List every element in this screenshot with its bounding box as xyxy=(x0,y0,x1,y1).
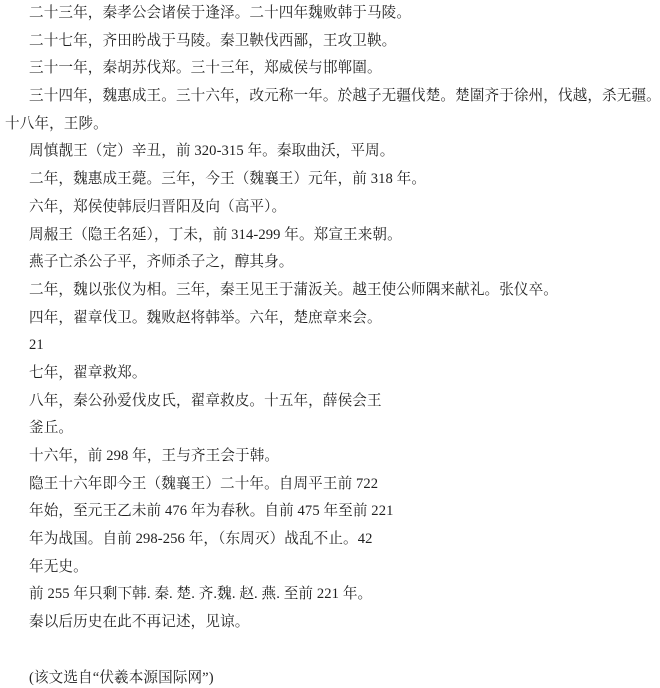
text-line: 十六年，前 298 年，王与齐王会于韩。 xyxy=(5,443,660,471)
text-body: 二十三年，秦孝公会诸侯于逢泽。二十四年魏败韩于马陵。二十七年，齐田盻战于马陵。秦… xyxy=(5,0,660,688)
text-line: (该文选自“伏羲本源国际网”) xyxy=(5,665,660,688)
text-line: 二年，魏以张仪为相。三年，秦王见王于蒲汳关。越王使公师隅来献礼。张仪卒。 xyxy=(5,277,660,305)
text-line: 秦以后历史在此不再记述，见谅。 xyxy=(5,609,660,637)
text-line: 四年，翟章伐卫。魏败赵将韩举。六年，楚庶章来会。 xyxy=(5,305,660,333)
text-line: 前 255 年只剩下韩. 秦. 楚. 齐.魏. 赵. 燕. 至前 221 年。 xyxy=(5,581,660,609)
text-line: 六年，郑侯使韩辰归晋阳及向（高平）。 xyxy=(5,194,660,222)
text-line: 21 xyxy=(5,332,660,360)
text-line: 年始，至元王乙未前 476 年为春秋。自前 475 年至前 221 xyxy=(5,498,660,526)
text-line: 七年，翟章救郑。 xyxy=(5,360,660,388)
text-line: 二十七年，齐田盻战于马陵。秦卫鞅伐西鄙，王攻卫鞅。 xyxy=(5,28,660,56)
text-line: 十八年，王陟。 xyxy=(5,111,660,139)
document-page: 二十三年，秦孝公会诸侯于逢泽。二十四年魏败韩于马陵。二十七年，齐田盻战于马陵。秦… xyxy=(0,0,660,688)
text-line: 周赧王（隐王名延），丁未，前 314-299 年。郑宣王来朝。 xyxy=(5,222,660,250)
text-line: 釜丘。 xyxy=(5,415,660,443)
text-line: 二十三年，秦孝公会诸侯于逢泽。二十四年魏败韩于马陵。 xyxy=(5,0,660,28)
text-line: 三十一年，秦胡苏伐郑。三十三年，郑威侯与邯郸圍。 xyxy=(5,55,660,83)
blank-line xyxy=(5,637,660,665)
text-line: 年为战国。自前 298-256 年，（东周灭）战乱不止。42 xyxy=(5,526,660,554)
text-line: 燕子亡杀公子平，齐师杀子之，醇其身。 xyxy=(5,249,660,277)
text-line: 三十四年，魏惠成王。三十六年，改元称一年。於越子无疆伐楚。楚圍齐于徐州，伐越，杀… xyxy=(5,83,660,111)
text-line: 年无史。 xyxy=(5,554,660,582)
text-line: 周慎靓王（定）辛丑，前 320-315 年。秦取曲沃，平周。 xyxy=(5,138,660,166)
text-line: 二年，魏惠成王薨。三年，今王（魏襄王）元年，前 318 年。 xyxy=(5,166,660,194)
text-line: 八年，秦公孙爱伐皮氏，翟章救皮。十五年，薛侯会王 xyxy=(5,388,660,416)
text-line: 隐王十六年即今王（魏襄王）二十年。自周平王前 722 xyxy=(5,471,660,499)
